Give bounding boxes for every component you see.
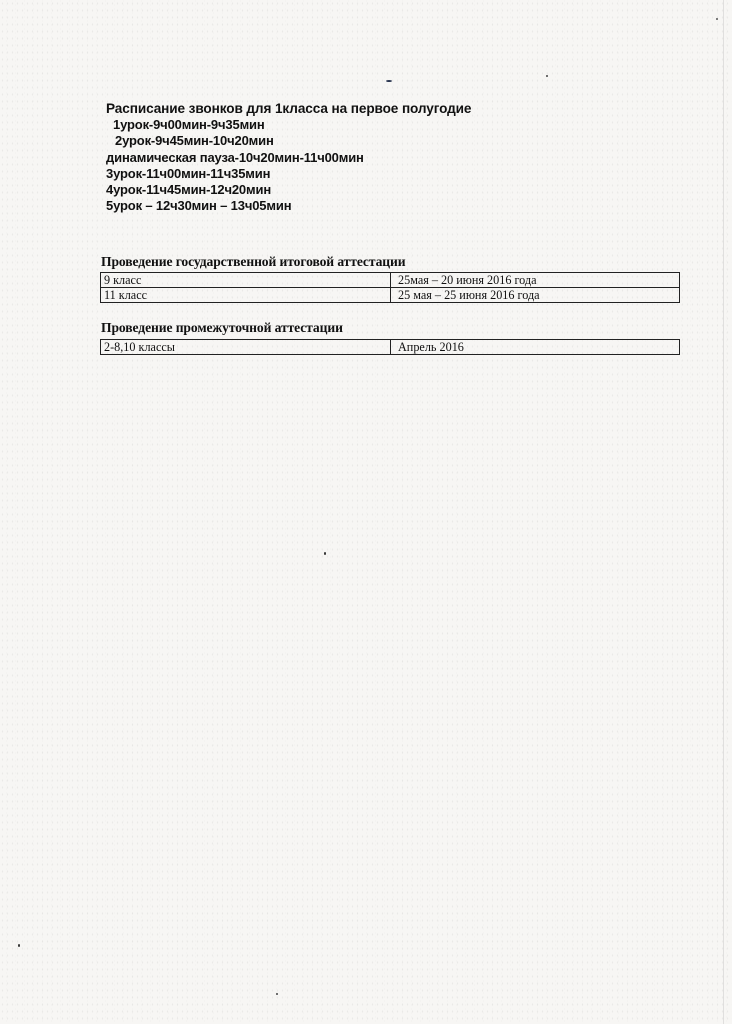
schedule-line: 4урок-11ч45мин-12ч20мин	[106, 182, 471, 198]
state-attestation-table: 9 класс 25мая – 20 июня 2016 года 11 кла…	[100, 272, 680, 303]
schedule-line: динамическая пауза-10ч20мин-11ч00мин	[106, 150, 471, 166]
table-row: 9 класс 25мая – 20 июня 2016 года	[101, 273, 680, 288]
grade-cell: 2-8,10 классы	[101, 340, 391, 355]
state-attestation-title: Проведение государственной итоговой атте…	[101, 254, 406, 270]
grade-cell: 9 класс	[101, 273, 391, 288]
scan-speck	[324, 552, 326, 555]
bell-schedule-title: Расписание звонков для 1класса на первое…	[106, 101, 471, 117]
schedule-line: 5урок – 12ч30мин – 13ч05мин	[106, 198, 471, 214]
scan-speck	[716, 18, 718, 20]
table-row: 2-8,10 классы Апрель 2016	[101, 340, 680, 355]
scan-speck	[18, 944, 20, 947]
dates-cell: Апрель 2016	[391, 340, 680, 355]
intermediate-attestation-title: Проведение промежуточной аттестации	[101, 320, 343, 336]
table-row: 11 класс 25 мая – 25 июня 2016 года	[101, 288, 680, 303]
scan-speck	[546, 75, 548, 77]
scan-speck	[276, 993, 278, 995]
schedule-line: 2урок-9ч45мин-10ч20мин	[106, 133, 471, 149]
dates-cell: 25 мая – 25 июня 2016 года	[391, 288, 680, 303]
dates-cell: 25мая – 20 июня 2016 года	[391, 273, 680, 288]
intermediate-attestation-table: 2-8,10 классы Апрель 2016	[100, 339, 680, 355]
scan-speck	[386, 80, 392, 82]
page-edge	[723, 0, 724, 1024]
grade-cell: 11 класс	[101, 288, 391, 303]
bell-schedule: Расписание звонков для 1класса на первое…	[106, 101, 471, 214]
schedule-line: 1урок-9ч00мин-9ч35мин	[106, 117, 471, 133]
schedule-line: 3урок-11ч00мин-11ч35мин	[106, 166, 471, 182]
